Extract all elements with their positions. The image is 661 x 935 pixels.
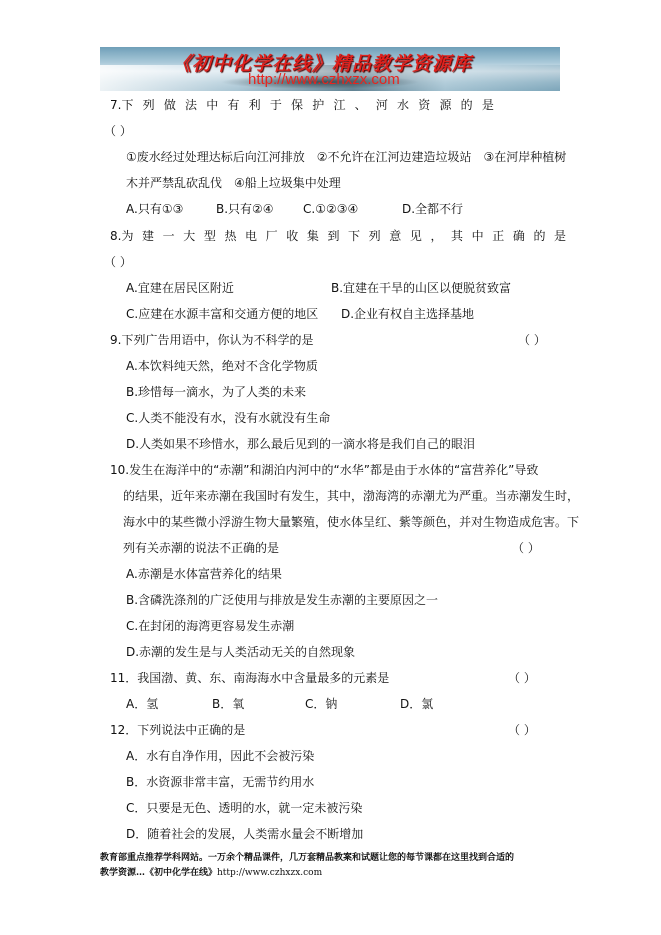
- answer-paren: （ ）: [518, 333, 546, 347]
- banner-url: http://www.czhxzx.com: [248, 71, 400, 88]
- option-b: B.只有②④: [216, 202, 274, 216]
- answer-paren: （ ）: [512, 541, 540, 555]
- answer-paren: （ ）: [104, 124, 132, 138]
- option-a: A.本饮料纯天然，绝对不含化学物质: [126, 359, 318, 373]
- question-8-stem-line: 8.为建一大型热电厂收集到下列意见，其中正确的是: [110, 229, 575, 243]
- question-7-stem-line: 7.下列做法中有利于保护江、河水资源的是: [110, 98, 503, 112]
- question-12-stem-line: 12．下列说法中正确的是: [110, 723, 245, 737]
- option-c: C.①②③④: [303, 202, 358, 216]
- option-d: D．随着社会的发展，人类需水量会不断增加: [126, 827, 363, 841]
- question-number: 10.: [110, 463, 129, 477]
- option-c: C.应建在水源丰富和交通方便的地区: [126, 307, 318, 321]
- question-stem: 下列广告用语中，你认为不科学的是: [121, 333, 313, 347]
- option-b: B.珍惜每一滴水，为了人类的未来: [126, 385, 306, 399]
- option-c: C．钠: [305, 697, 337, 711]
- option-b: B．水资源非常丰富，无需节约用水: [126, 775, 314, 789]
- question-10-stem-line-2: 的结果，近年来赤潮在我国时有发生，其中，渤海湾的赤潮尤为严重。当赤潮发生时，: [123, 489, 579, 503]
- footer-url-link[interactable]: http://www.czhxzx.com: [217, 868, 322, 878]
- question-10-stem-line-1: 10.发生在海洋中的“赤潮”和湖泊内河中的“水华”都是由于水体的“富营养化”导致: [110, 463, 538, 477]
- option-c: C．只要是无色、透明的水，就一定未被污染: [126, 801, 362, 815]
- statements-line-2: 木并严禁乱砍乱伐 ④船上垃圾集中处理: [126, 176, 341, 190]
- answer-paren: （ ）: [104, 255, 132, 269]
- option-b: B.宜建在干旱的山区以便脱贫致富: [331, 281, 511, 295]
- option-a: A.宜建在居民区附近: [126, 281, 234, 295]
- option-a: A.只有①③: [126, 202, 183, 216]
- question-number: 9.: [110, 333, 121, 347]
- option-d: D.企业有权自主选择基地: [341, 307, 474, 321]
- question-number: 7.: [110, 98, 121, 112]
- option-a: A．氢: [126, 697, 158, 711]
- option-c: C.在封闭的海湾更容易发生赤潮: [126, 619, 294, 633]
- option-d: D.全都不行: [402, 202, 463, 216]
- option-d: D.人类如果不珍惜水，那么最后见到的一滴水将是我们自己的眼泪: [126, 437, 475, 451]
- question-number: 8.: [110, 229, 121, 243]
- question-stem: 为建一大型热电厂收集到下列意见，其中正确的是: [121, 229, 574, 243]
- option-a: A．水有自净作用，因此不会被污染: [126, 749, 314, 763]
- footer-line-2: 教学资源…《初中化学在线》http://www.czhxzx.com: [100, 867, 322, 879]
- site-banner: 《初中化学在线》精品教学资源库 http://www.czhxzx.com: [100, 47, 560, 91]
- option-b: B.含磷洗涤剂的广泛使用与排放是发生赤潮的主要原因之一: [126, 593, 438, 607]
- statements-line-1: ①废水经过处理达标后向江河排放 ②不允许在江河边建造垃圾站 ③在河岸种植树: [126, 150, 566, 164]
- question-10-stem-line-4: 列有关赤潮的说法不正确的是: [123, 541, 279, 555]
- answer-paren: （ ）: [508, 723, 536, 737]
- footer-site-name: 教学资源…《初中化学在线》: [100, 868, 217, 878]
- option-b: B．氧: [212, 697, 244, 711]
- question-stem: 下列说法中正确的是: [137, 723, 245, 737]
- question-stem: 我国渤、黄、东、南海海水中含量最多的元素是: [137, 671, 389, 685]
- question-11-stem-line: 11．我国渤、黄、东、南海海水中含量最多的元素是: [110, 671, 389, 685]
- option-c: C.人类不能没有水，没有水就没有生命: [126, 411, 330, 425]
- option-a: A.赤潮是水体富营养化的结果: [126, 567, 282, 581]
- question-number: 11．: [110, 671, 137, 685]
- question-stem: 发生在海洋中的“赤潮”和湖泊内河中的“水华”都是由于水体的“富营养化”导致: [129, 463, 538, 477]
- question-stem: 下列做法中有利于保护江、河水资源的是: [121, 98, 503, 112]
- option-d: D．氯: [400, 697, 433, 711]
- question-number: 12．: [110, 723, 137, 737]
- answer-paren: （ ）: [508, 671, 536, 685]
- option-d: D.赤潮的发生是与人类活动无关的自然现象: [126, 645, 355, 659]
- question-10-stem-line-3: 海水中的某些微小浮游生物大量繁殖，使水体呈红、紫等颜色，并对生物造成危害。下: [123, 515, 579, 529]
- footer-line-1: 教育部重点推荐学科网站。一万余个精品课件，几万套精品教案和试题让您的每节课都在这…: [100, 852, 514, 864]
- question-9-stem-line: 9.下列广告用语中，你认为不科学的是: [110, 333, 313, 347]
